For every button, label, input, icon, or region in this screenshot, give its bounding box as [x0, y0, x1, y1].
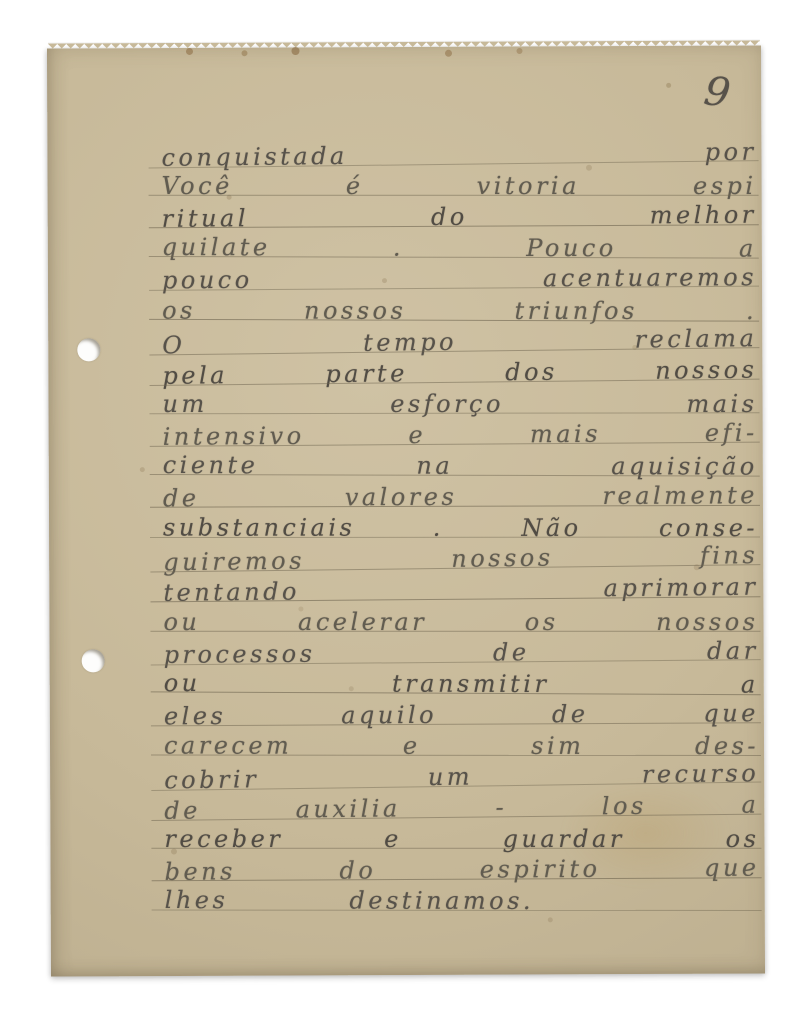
handwritten-line: carecem e sim des- — [154, 723, 762, 756]
paper-sheet: 9 conquistada porVocê é vitoria espiritu… — [47, 45, 765, 976]
handwritten-line: ou transmitir a — [154, 661, 762, 695]
handwritten-line: bens do espirito que — [154, 846, 762, 882]
handwritten-line: de auxilia - los a — [154, 783, 762, 821]
handwritten-line: pela parte dos nossos — [152, 347, 760, 385]
handwritten-line: os nossos triunfos . — [152, 288, 760, 321]
handwritten-line: ciente na aquisição — [153, 443, 761, 477]
scan-background: 9 conquistada porVocê é vitoria espiritu… — [0, 0, 811, 1024]
handwritten-line: conquistada por — [151, 130, 759, 168]
handwritten-line: receber e guardar os — [154, 817, 762, 849]
handwritten-line: processos de dar — [153, 628, 761, 664]
handwritten-line: tentando aprimorar — [153, 565, 761, 603]
handwritten-line: intensivo e mais efi- — [153, 411, 761, 447]
handwritten-line: pouco acentuaremos — [152, 256, 760, 291]
handwritten-line: ou acelerar os nossos — [153, 599, 761, 631]
handwritten-line: de valores realmente — [153, 473, 761, 508]
handwriting-block: conquistada porVocê é vitoria espiritual… — [47, 45, 765, 976]
handwritten-line: um esforço mais — [153, 382, 761, 414]
handwritten-text: lhes destinamos. — [165, 886, 760, 916]
handwritten-line: eles aquilo de que — [154, 691, 762, 726]
handwritten-line: quilate . Pouco a — [152, 225, 760, 259]
handwritten-line: Você é vitoria espi — [152, 164, 760, 196]
handwritten-line: ritual do melhor — [152, 193, 760, 229]
handwritten-line: lhes destinamos. — [155, 878, 763, 912]
